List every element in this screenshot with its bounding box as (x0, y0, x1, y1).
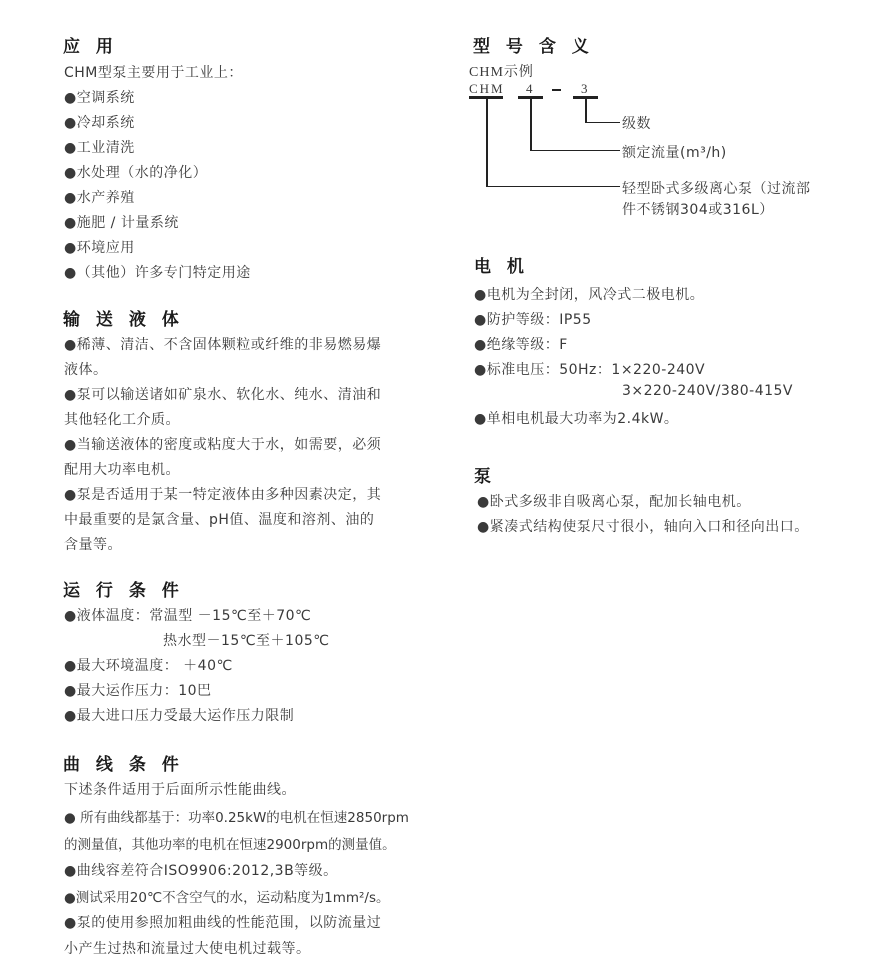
text-line: ●稀薄、清洁、不含固体颗粒或纤维的非易燃易爆 (64, 334, 381, 354)
application-intro: CHM型泵主要用于工业上： (64, 62, 243, 82)
code-dash (552, 89, 561, 91)
code-prefix: CHM (469, 81, 505, 97)
text-line: 液体。 (64, 359, 108, 379)
text-line: 3×220-240V/380-415V (622, 383, 793, 399)
text-line: ●最大运作压力：10巴 (64, 680, 212, 700)
text-line: 其他轻化工介质。 (64, 409, 180, 429)
text-line: ●当输送液体的密度或粘度大于水，如需要，必须 (64, 434, 381, 454)
model-title: 型 号 含 义 (473, 32, 594, 57)
text-line: ●防护等级：IP55 (474, 309, 592, 329)
text-line: 的测量值，其他功率的电机在恒速2900rpm的测量值。 (64, 833, 396, 853)
text-line: ●曲线容差符合ISO9906:2012,3B等级。 (64, 860, 338, 880)
curves-title: 曲 线 条 件 (63, 750, 184, 775)
code-flow: 4 (526, 81, 533, 97)
connector-type-h (486, 186, 620, 188)
fluids-title: 输 送 液 体 (63, 305, 184, 330)
text-line: ●泵的使用参照加粗曲线的性能范围，以防流量过 (64, 912, 381, 932)
text-line: ●绝缘等级：F (474, 334, 568, 354)
connector-flow-v (530, 97, 532, 151)
text-line: 小产生过热和流量过大使电机过载等。 (64, 938, 311, 958)
text-line: 中最重要的是氯含量、pH值、温度和溶剂、油的 (64, 509, 374, 529)
text-line: 配用大功率电机。 (64, 459, 180, 479)
list-item: ●水产养殖 (64, 187, 135, 207)
list-item: ●（其他）许多专门特定用途 (64, 262, 251, 282)
text-line: ●电机为全封闭，风冷式二极电机。 (474, 284, 704, 304)
application-title: 应 用 (63, 32, 118, 57)
text-line: ●最大进口压力受最大运作压力限制 (64, 705, 294, 725)
text-line: 含量等。 (64, 534, 122, 554)
legend-type-line1: 轻型卧式多级离心泵（过流部 (622, 178, 811, 198)
text-line: ●标准电压：50Hz：1×220-240V (474, 359, 705, 379)
text-line: ●卧式多级非自吸离心泵，配加长轴电机。 (477, 491, 751, 511)
list-item: ●水处理（水的净化） (64, 162, 207, 182)
connector-type-v (486, 97, 488, 187)
text-line: 下述条件适用于后面所示性能曲线。 (64, 779, 296, 799)
text-line: ●紧凑式结构使泵尺寸很小，轴向入口和径向出口。 (477, 516, 809, 536)
text-line: ●泵可以输送诸如矿泉水、软化水、纯水、清油和 (64, 384, 381, 404)
list-item: ●工业清洗 (64, 137, 135, 157)
connector-stages-h (585, 122, 620, 124)
legend-stages: 级数 (622, 113, 651, 133)
model-example-label: CHM示例 (469, 61, 534, 81)
list-item: ●冷却系统 (64, 112, 135, 132)
connector-stages-v (585, 97, 587, 123)
connector-flow-h (530, 150, 620, 152)
list-item: ●空调系统 (64, 87, 135, 107)
text-line: ●泵是否适用于某一特定液体由多种因素决定，其 (64, 484, 381, 504)
text-line: ●最大环境温度： ＋40℃ (64, 655, 233, 675)
motor-title: 电 机 (474, 252, 529, 277)
text-line: ●液体温度：常温型 －15℃至＋70℃ (64, 605, 311, 625)
code-stages: 3 (581, 81, 588, 97)
list-item: ●施肥 / 计量系统 (64, 212, 179, 232)
pump-title: 泵 (474, 462, 496, 487)
legend-type-line2: 件不锈钢304或316L） (622, 199, 774, 219)
text-line: 热水型－15℃至＋105℃ (163, 630, 329, 650)
legend-flow: 额定流量(m³/h) (622, 142, 727, 162)
operating-title: 运 行 条 件 (63, 576, 184, 601)
text-line: ● 所有曲线都基于：功率0.25kW的电机在恒速2850rpm (64, 806, 409, 826)
list-item: ●环境应用 (64, 237, 135, 257)
text-line: ●测试采用20℃不含空气的水，运动粘度为1mm²/s。 (64, 886, 390, 906)
text-line: ●单相电机最大功率为2.4kW。 (474, 408, 678, 428)
